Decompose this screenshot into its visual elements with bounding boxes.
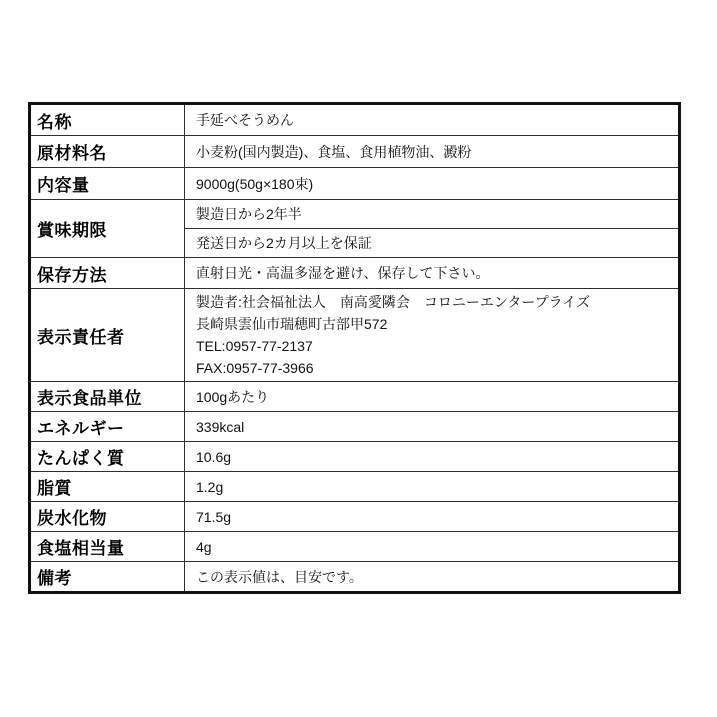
value-best-before-production: 製造日から2年半 — [185, 200, 680, 229]
row-ingredients: 原材料名 小麦粉(国内製造)、食塩、食用植物油、澱粉 — [30, 136, 680, 168]
value-best-before-shipping: 発送日から2カ月以上を保証 — [185, 229, 680, 258]
row-energy: エネルギー 339kcal — [30, 412, 680, 442]
row-protein: たんぱく質 10.6g — [30, 442, 680, 472]
row-salt-equivalent: 食塩相当量 4g — [30, 532, 680, 562]
label-remarks: 備考 — [30, 562, 185, 593]
label-energy: エネルギー — [30, 412, 185, 442]
value-ingredients: 小麦粉(国内製造)、食塩、食用植物油、澱粉 — [185, 136, 680, 168]
value-name: 手延べそうめん — [185, 104, 680, 136]
label-protein: たんぱく質 — [30, 442, 185, 472]
value-protein: 10.6g — [185, 442, 680, 472]
label-net-content: 内容量 — [30, 168, 185, 200]
value-energy: 339kcal — [185, 412, 680, 442]
row-best-before-1: 賞味期限 製造日から2年半 — [30, 200, 680, 229]
row-fat: 脂質 1.2g — [30, 472, 680, 502]
value-display-unit: 100gあたり — [185, 382, 680, 412]
label-name: 名称 — [30, 104, 185, 136]
responsible-party-fax: FAX:0957-77-3966 — [196, 357, 670, 379]
product-spec-sheet: 名称 手延べそうめん 原材料名 小麦粉(国内製造)、食塩、食用植物油、澱粉 内容… — [0, 0, 717, 717]
label-display-unit: 表示食品単位 — [30, 382, 185, 412]
value-responsible-party: 製造者:社会福祉法人 南高愛隣会 コロニーエンタープライズ 長崎県雲仙市瑞穂町古… — [185, 289, 680, 382]
value-fat: 1.2g — [185, 472, 680, 502]
row-net-content: 内容量 9000g(50g×180束) — [30, 168, 680, 200]
row-remarks: 備考 この表示値は、目安です。 — [30, 562, 680, 593]
responsible-party-manufacturer: 製造者:社会福祉法人 南高愛隣会 コロニーエンタープライズ — [196, 291, 670, 313]
label-salt-equivalent: 食塩相当量 — [30, 532, 185, 562]
value-salt-equivalent: 4g — [185, 532, 680, 562]
value-remarks: この表示値は、目安です。 — [185, 562, 680, 593]
row-name: 名称 手延べそうめん — [30, 104, 680, 136]
value-storage: 直射日光・高温多湿を避け、保存して下さい。 — [185, 258, 680, 289]
row-responsible-party: 表示責任者 製造者:社会福祉法人 南高愛隣会 コロニーエンタープライズ 長崎県雲… — [30, 289, 680, 382]
label-fat: 脂質 — [30, 472, 185, 502]
label-carbohydrate: 炭水化物 — [30, 502, 185, 532]
row-carbohydrate: 炭水化物 71.5g — [30, 502, 680, 532]
product-spec-table: 名称 手延べそうめん 原材料名 小麦粉(国内製造)、食塩、食用植物油、澱粉 内容… — [28, 102, 681, 594]
value-net-content: 9000g(50g×180束) — [185, 168, 680, 200]
row-display-unit: 表示食品単位 100gあたり — [30, 382, 680, 412]
label-responsible-party: 表示責任者 — [30, 289, 185, 382]
label-ingredients: 原材料名 — [30, 136, 185, 168]
label-best-before: 賞味期限 — [30, 200, 185, 258]
responsible-party-tel: TEL:0957-77-2137 — [196, 335, 670, 357]
row-storage: 保存方法 直射日光・高温多湿を避け、保存して下さい。 — [30, 258, 680, 289]
value-carbohydrate: 71.5g — [185, 502, 680, 532]
label-storage: 保存方法 — [30, 258, 185, 289]
responsible-party-address: 長崎県雲仙市瑞穂町古部甲572 — [196, 313, 670, 335]
